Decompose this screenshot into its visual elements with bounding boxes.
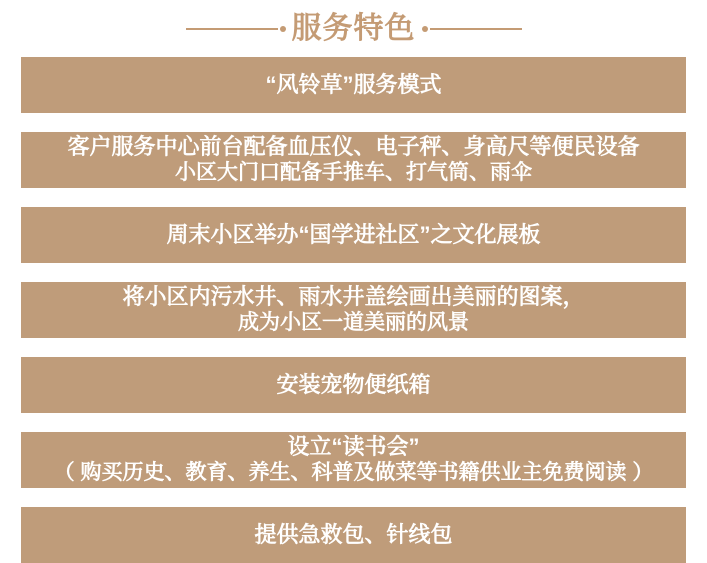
feature-list: “风铃草”服务模式 客户服务中心前台配备血压仪、电子秤、身高尺等便民设备 小区大… [0,53,707,563]
feature-box-pet-waste-box: 安装宠物便纸箱 [21,357,686,413]
feature-text: 将小区内污水井、雨水井盖绘画出美丽的图案， [122,284,584,310]
feature-text-secondary: 小区大门口配备手推车、打气筒、雨伞 [175,160,532,186]
feature-text: 设立“读书会” [287,434,419,460]
page-title: 服务特色 [292,14,416,44]
feature-box-manhole-art: 将小区内污水井、雨水井盖绘画出美丽的图案， 成为小区一道美丽的风景 [21,282,686,338]
feature-box-first-aid-kit: 提供急救包、针线包 [21,507,686,563]
feature-box-reading-club: 设立“读书会” （ 购买历史、教育、养生、科普及做菜等书籍供业主免费阅读 ） [21,432,686,488]
feature-text-secondary: 成为小区一道美丽的风景 [238,310,469,336]
feature-text: 周末小区举办“国学进社区”之文化展板 [166,222,540,248]
feature-text: 提供急救包、针线包 [254,522,452,548]
feature-box-convenience-equipment: 客户服务中心前台配备血压仪、电子秤、身高尺等便民设备 小区大门口配备手推车、打气… [21,132,686,188]
page-header: 服务特色 [0,0,707,53]
feature-box-bellflower-service: “风铃草”服务模式 [21,57,686,113]
feature-box-culture-boards: 周末小区举办“国学进社区”之文化展板 [21,207,686,263]
feature-text: 客户服务中心前台配备血压仪、电子秤、身高尺等便民设备 [67,134,639,160]
title-divider-right [430,28,522,30]
feature-text: “风铃草”服务模式 [265,72,441,98]
title-divider-left [186,28,278,30]
service-features-page: 服务特色 “风铃草”服务模式 客户服务中心前台配备血压仪、电子秤、身高尺等便民设… [0,0,707,563]
feature-text: 安装宠物便纸箱 [276,372,430,398]
feature-text-secondary: （ 购买历史、教育、养生、科普及做菜等书籍供业主免费阅读 ） [54,460,654,486]
